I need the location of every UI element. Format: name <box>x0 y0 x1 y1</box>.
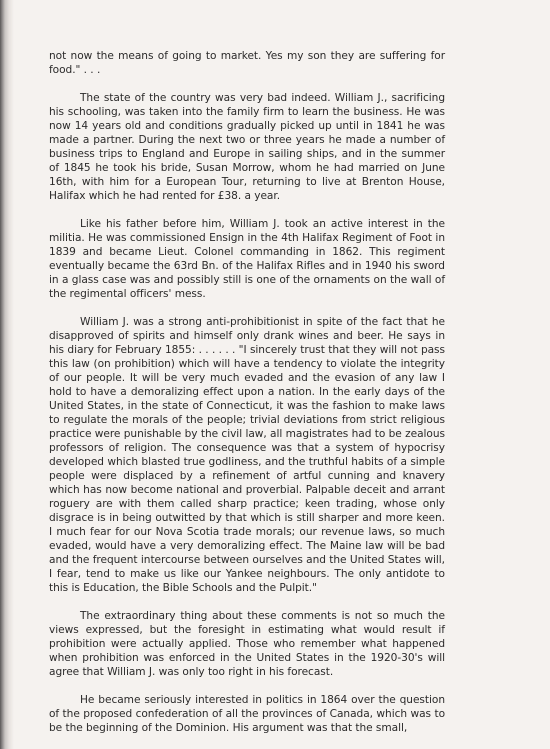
paragraph-militia: Like his father before him, William J. t… <box>49 217 445 301</box>
body-text: not now the means of going to market. Ye… <box>49 49 445 749</box>
paragraph-quote-end: not now the means of going to market. Ye… <box>49 49 445 77</box>
paragraph-politics: He became seriously interested in politi… <box>49 693 445 735</box>
page-binding-shadow <box>0 0 14 749</box>
paragraph-foresight: The extraordinary thing about these comm… <box>49 609 445 679</box>
paragraph-anti-prohibition: William J. was a strong anti-prohibition… <box>49 315 445 595</box>
book-page: not now the means of going to market. Ye… <box>0 0 550 749</box>
paragraph-state-of-country: The state of the country was very bad in… <box>49 91 445 203</box>
